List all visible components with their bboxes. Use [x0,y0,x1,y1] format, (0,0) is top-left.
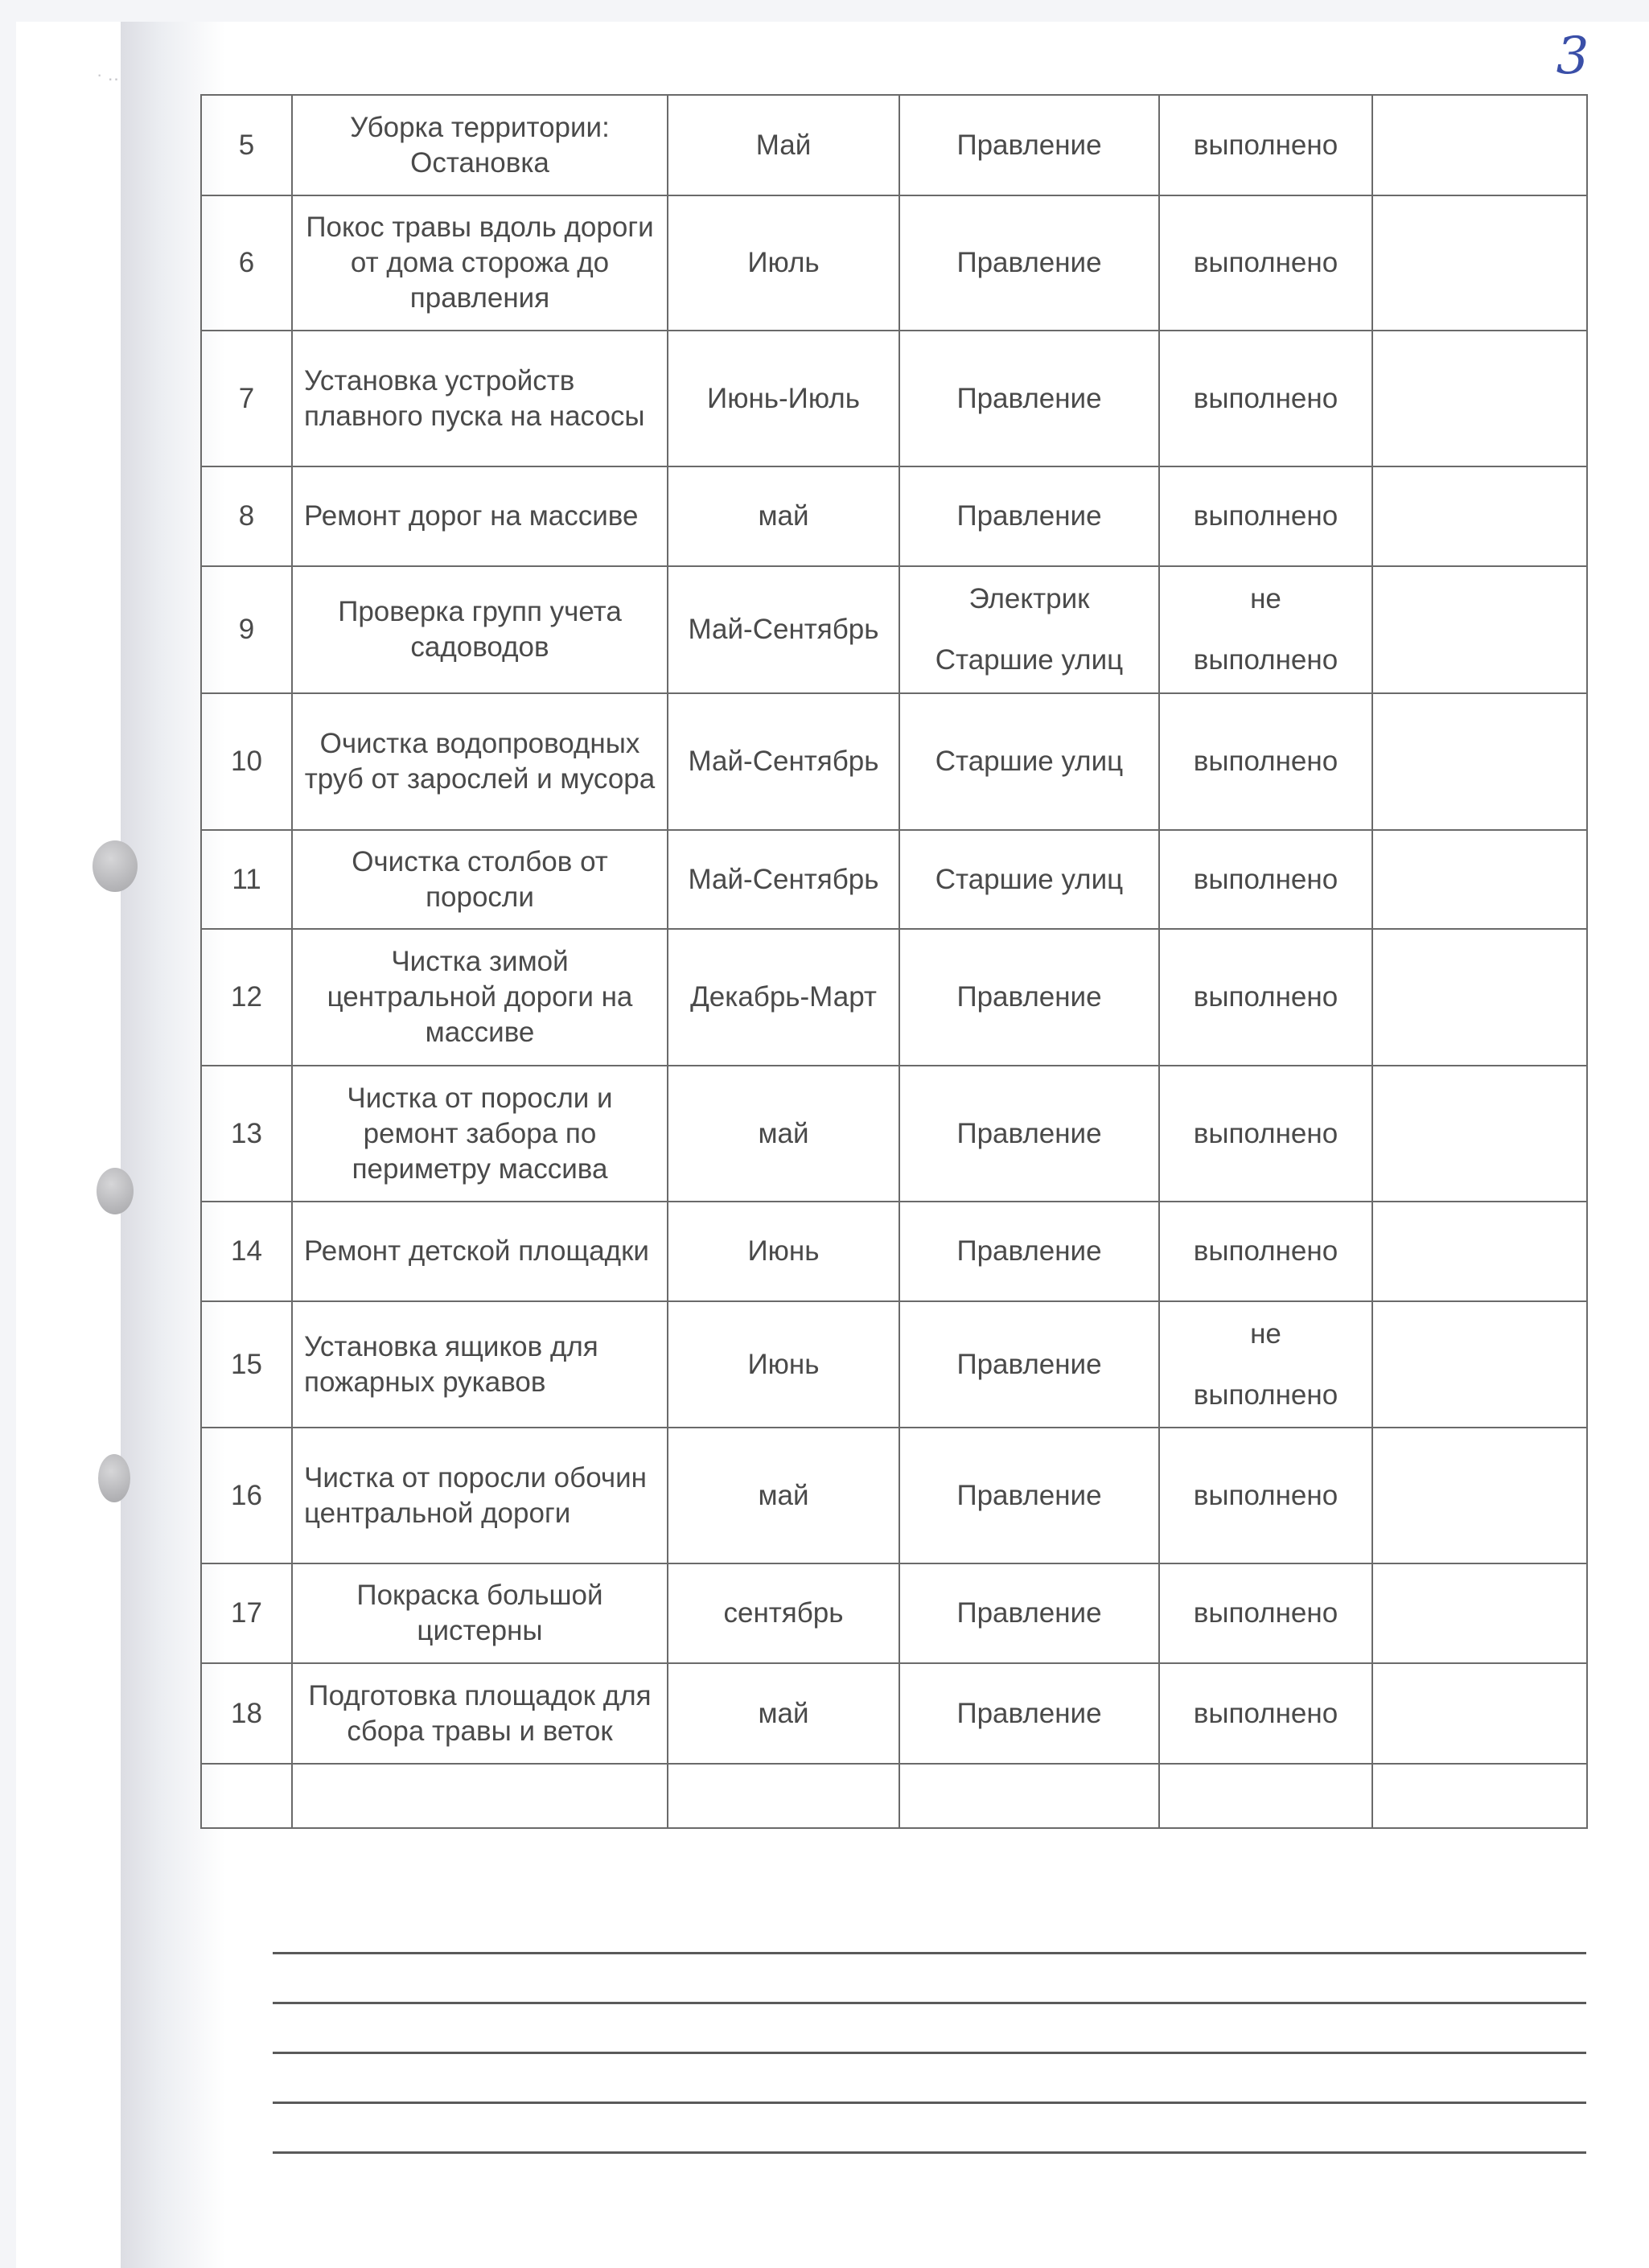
period-cell: Май-Сентябрь [668,566,899,693]
table-row: 13Чистка от поросли и ремонт забора по п… [201,1066,1587,1202]
responsible-cell-line: Старшие улиц [911,643,1147,678]
table-row: 10Очистка водопроводных труб от зарослей… [201,693,1587,830]
responsible-cell: Старшие улиц [899,693,1159,830]
table-row: 12Чистка зимой центральной дороги на мас… [201,929,1587,1066]
task-cell: Покраска большой цистерны [292,1563,668,1663]
status-cell: выполнено [1159,95,1372,195]
blank-line [273,2151,1586,2154]
task-cell: Установка устройств плавного пуска на на… [292,331,668,466]
table-row: 16Чистка от поросли обочин центральной д… [201,1428,1587,1563]
status-cell-line: выполнено [1171,1378,1360,1413]
status-cell: невыполнено [1159,566,1372,693]
period-cell: Май-Сентябрь [668,830,899,929]
punch-hole-icon [93,840,138,892]
status-cell: выполнено [1159,331,1372,466]
row-number-cell: 7 [201,331,292,466]
responsible-cell: Правление [899,1202,1159,1301]
row-number-cell: 10 [201,693,292,830]
task-cell: Чистка от поросли и ремонт забора по пер… [292,1066,668,1202]
row-number-cell [201,1764,292,1828]
blank-line [273,1952,1586,1954]
table-row: 15Установка ящиков для пожарных рукавовИ… [201,1301,1587,1428]
period-cell: Декабрь-Март [668,929,899,1066]
row-number-cell: 6 [201,195,292,331]
note-cell [1372,1764,1587,1828]
note-cell [1372,331,1587,466]
responsible-cell: Правление [899,1301,1159,1428]
punch-hole-icon [97,1168,134,1214]
responsible-cell: Правление [899,195,1159,331]
period-cell: Июнь [668,1301,899,1428]
note-cell [1372,1428,1587,1563]
task-cell: Покос травы вдоль дороги от дома сторожа… [292,195,668,331]
blank-line [273,2002,1586,2004]
responsible-cell-line: Электрик [911,581,1147,617]
table-row: 5Уборка территории: ОстановкаМайПравлени… [201,95,1587,195]
status-cell: выполнено [1159,929,1372,1066]
period-cell: Май-Сентябрь [668,693,899,830]
note-cell [1372,693,1587,830]
task-cell: Чистка зимой центральной дороги на масси… [292,929,668,1066]
status-cell-line: не [1171,581,1360,617]
status-cell: выполнено [1159,1563,1372,1663]
table-row: 14Ремонт детской площадкиИюньПравлениевы… [201,1202,1587,1301]
row-number-cell: 16 [201,1428,292,1563]
note-cell [1372,1663,1587,1764]
status-cell: выполнено [1159,693,1372,830]
task-cell: Подготовка площадок для сбора травы и ве… [292,1663,668,1764]
table-row: 6Покос травы вдоль дороги от дома сторож… [201,195,1587,331]
blank-line [273,2052,1586,2054]
task-cell: Установка ящиков для пожарных рукавов [292,1301,668,1428]
status-cell: невыполнено [1159,1301,1372,1428]
period-cell: Июль [668,195,899,331]
row-number-cell: 14 [201,1202,292,1301]
period-cell: май [668,1428,899,1563]
status-cell: выполнено [1159,466,1372,566]
period-cell: Май [668,95,899,195]
responsible-cell [899,1764,1159,1828]
work-plan-table: 5Уборка территории: ОстановкаМайПравлени… [200,94,1588,1829]
responsible-cell: Правление [899,1563,1159,1663]
responsible-cell: Старшие улиц [899,830,1159,929]
responsible-cell: Правление [899,466,1159,566]
row-number-cell: 15 [201,1301,292,1428]
row-number-cell: 13 [201,1066,292,1202]
row-number-cell: 12 [201,929,292,1066]
task-cell: Очистка столбов от поросли [292,830,668,929]
task-cell: Ремонт дорог на массиве [292,466,668,566]
period-cell: Июнь [668,1202,899,1301]
row-number-cell: 11 [201,830,292,929]
table-row: 9Проверка групп учета садоводовМай-Сентя… [201,566,1587,693]
responsible-cell: Правление [899,1428,1159,1563]
responsible-cell: ЭлектрикСтаршие улиц [899,566,1159,693]
table-row: 8Ремонт дорог на массивемайПравлениевыпо… [201,466,1587,566]
period-cell: май [668,466,899,566]
status-cell: выполнено [1159,1663,1372,1764]
status-cell-line: не [1171,1317,1360,1352]
note-cell [1372,830,1587,929]
table-row: 7Установка устройств плавного пуска на н… [201,331,1587,466]
status-cell: выполнено [1159,195,1372,331]
task-cell: Ремонт детской площадки [292,1202,668,1301]
table-row: 17Покраска большой цистернысентябрьПравл… [201,1563,1587,1663]
handwritten-page-number: 3 [1548,28,1597,84]
row-number-cell: 5 [201,95,292,195]
task-cell: Чистка от поросли обочин центральной дор… [292,1428,668,1563]
note-cell [1372,1563,1587,1663]
status-cell-line: выполнено [1171,643,1360,678]
responsible-cell: Правление [899,1066,1159,1202]
note-cell [1372,95,1587,195]
responsible-cell: Правление [899,929,1159,1066]
status-cell: выполнено [1159,1066,1372,1202]
table-row [201,1764,1587,1828]
row-number-cell: 8 [201,466,292,566]
note-cell [1372,566,1587,693]
responsible-cell: Правление [899,1663,1159,1764]
row-number-cell: 18 [201,1663,292,1764]
note-cell [1372,929,1587,1066]
note-cell [1372,195,1587,331]
responsible-cell: Правление [899,331,1159,466]
note-cell [1372,1066,1587,1202]
scan-smudge: · ‥ [97,64,119,85]
blank-line [273,2102,1586,2104]
status-cell [1159,1764,1372,1828]
status-cell: выполнено [1159,830,1372,929]
responsible-cell: Правление [899,95,1159,195]
status-cell: выполнено [1159,1428,1372,1563]
row-number-cell: 17 [201,1563,292,1663]
note-cell [1372,466,1587,566]
note-cell [1372,1202,1587,1301]
table-row: 11Очистка столбов от порослиМай-Сентябрь… [201,830,1587,929]
period-cell: май [668,1066,899,1202]
period-cell: сентябрь [668,1563,899,1663]
note-cell [1372,1301,1587,1428]
table-row: 18Подготовка площадок для сбора травы и … [201,1663,1587,1764]
period-cell: май [668,1663,899,1764]
task-cell: Уборка территории: Остановка [292,95,668,195]
period-cell [668,1764,899,1828]
task-cell [292,1764,668,1828]
task-cell: Очистка водопроводных труб от зарослей и… [292,693,668,830]
punch-hole-icon [98,1454,130,1502]
status-cell: выполнено [1159,1202,1372,1301]
task-cell: Проверка групп учета садоводов [292,566,668,693]
row-number-cell: 9 [201,566,292,693]
period-cell: Июнь-Июль [668,331,899,466]
